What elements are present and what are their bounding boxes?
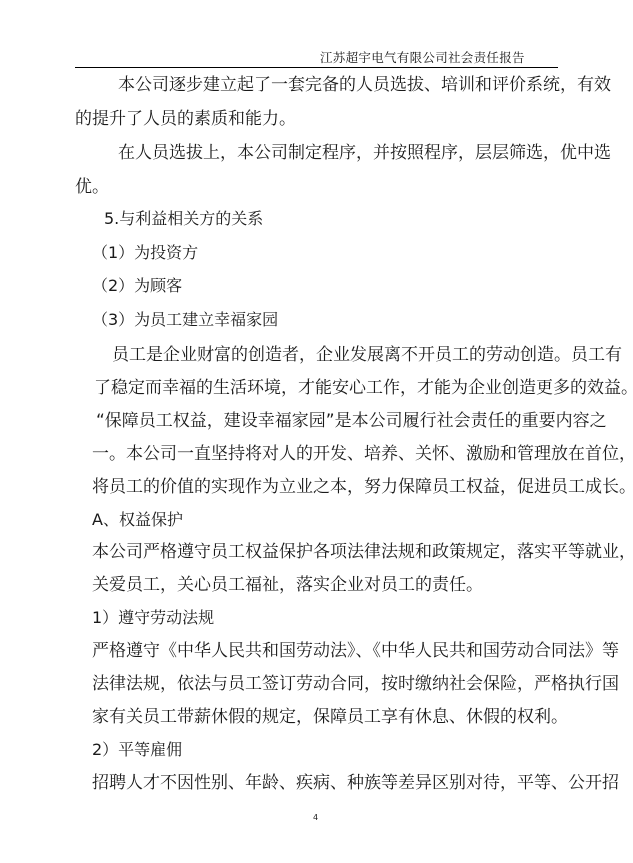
paragraph-line: “保障员工权益，建设幸福家园”是本公司履行社会责任的重要内容之	[96, 411, 607, 431]
paragraph-line: 法律法规，依法与员工签订劳动合同，按时缴纳社会保险，严格执行国	[92, 674, 619, 694]
paragraph-line: 将员工的价值的实现作为立业之本，努力保障员工权益，促进员工成长。	[92, 477, 633, 497]
running-header-title: 江苏超宇电气有限公司社会责任报告	[320, 48, 560, 66]
paragraph-line: 招聘人才不因性别、年龄、疾病、种族等差异区别对待，平等、公开招	[92, 773, 619, 793]
document-page: 江苏超宇电气有限公司社会责任报告 本公司逐步建立起了一套完备的人员选拔、培训和评…	[0, 0, 633, 863]
paragraph-line: 的提升了人员的素质和能力。	[75, 109, 296, 129]
subsection-heading: 1）遵守劳动法规	[92, 608, 214, 628]
list-item: （2）为顾客	[92, 276, 182, 296]
paragraph-line: 家有关员工带薪休假的规定，保障员工享有休息、休假的权利。	[92, 707, 568, 727]
paragraph-line: 员工是企业财富的创造者，企业发展离不开员工的劳动创造。员工有	[112, 345, 622, 365]
header-divider	[75, 67, 558, 68]
paragraph-line: 了稳定而幸福的生活环境，才能安心工作，才能为企业创造更多的效益。	[94, 378, 633, 398]
paragraph-line: 本公司严格遵守员工权益保护各项法律法规和政策规定，落实平等就业，	[92, 542, 633, 562]
list-item: （1）为投资方	[92, 243, 198, 263]
list-item: （3）为员工建立幸福家园	[92, 310, 278, 330]
subsection-heading: A、权益保护	[92, 510, 183, 530]
paragraph-line: 严格遵守《中华人民共和国劳动法》、《中华人民共和国劳动合同法》等	[92, 641, 619, 661]
page-number: 4	[313, 813, 318, 822]
paragraph-line: 优。	[75, 177, 109, 197]
paragraph-line: 一。本公司一直坚持将对人的开发、培养、关怀、激励和管理放在首位，	[92, 444, 633, 464]
section-heading: 5.与利益相关方的关系	[104, 209, 263, 229]
paragraph-line: 关爱员工，关心员工福祉，落实企业对员工的责任。	[92, 575, 483, 595]
paragraph-line: 在人员选拔上，本公司制定程序，并按照程序，层层筛选，优中选	[118, 143, 611, 163]
subsection-heading: 2）平等雇佣	[92, 740, 182, 760]
paragraph-line: 本公司逐步建立起了一套完备的人员选拔、培训和评价系统，有效	[118, 75, 611, 95]
